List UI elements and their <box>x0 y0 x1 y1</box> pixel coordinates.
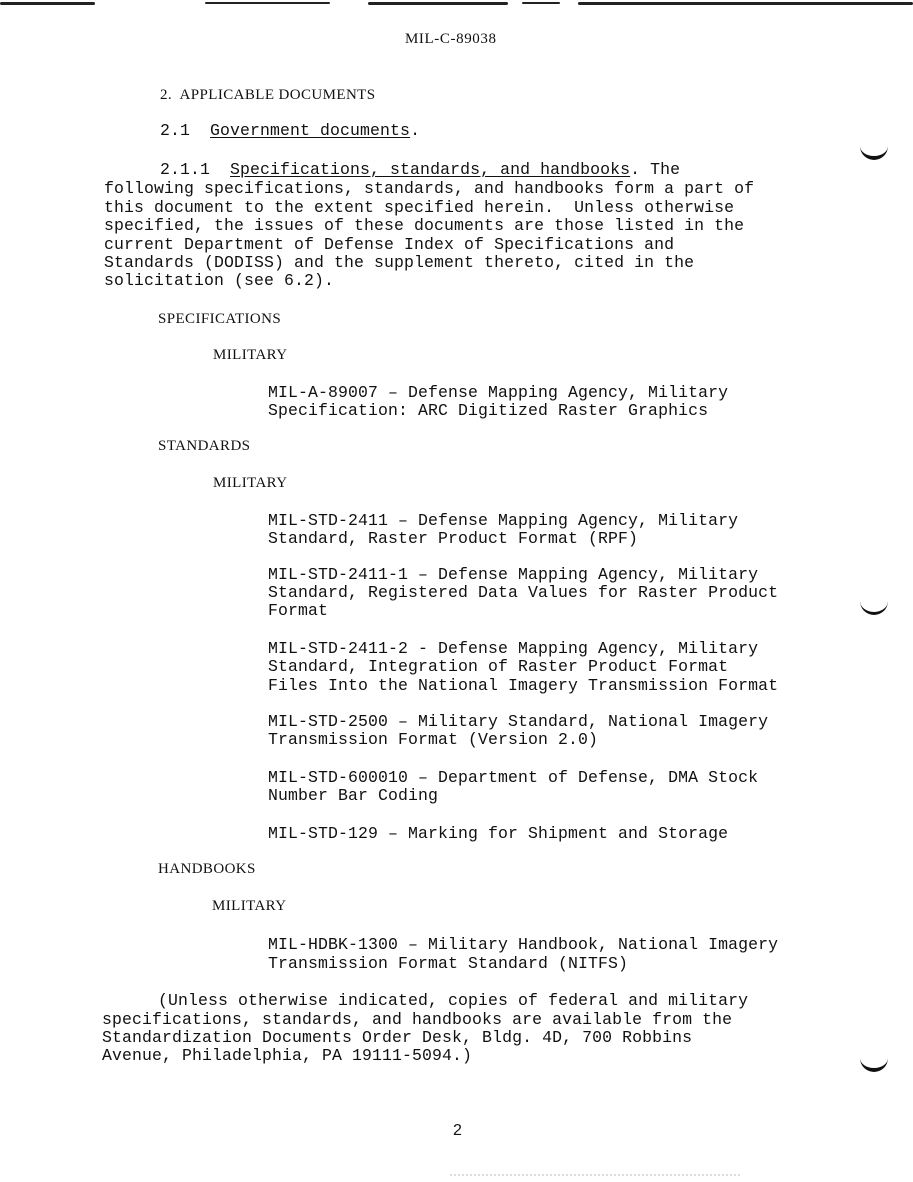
reference-line: MIL-STD-2411 – Defense Mapping Agency, M… <box>268 512 738 531</box>
note-line: Avenue, Philadelphia, PA 19111-5094.) <box>102 1047 472 1066</box>
note-line: specifications, standards, and handbooks… <box>102 1011 732 1030</box>
page-number: 2 <box>453 1122 462 1141</box>
reference-line: Standard, Registered Data Values for Ras… <box>268 584 778 603</box>
reference-line: MIL-HDBK-1300 – Military Handbook, Natio… <box>268 936 778 955</box>
note-line: Standardization Documents Order Desk, Bl… <box>102 1029 692 1048</box>
paragraph-line: this document to the extent specified he… <box>104 199 734 218</box>
paragraph-line: solicitation (see 6.2). <box>104 272 334 291</box>
group-heading-handbooks: HANDBOOKS <box>158 860 256 879</box>
paragraph-line: following specifications, standards, and… <box>104 180 754 199</box>
group-heading-standards: STANDARDS <box>158 437 250 456</box>
subsection-trail: . <box>410 121 420 140</box>
reference-line: Transmission Format Standard (NITFS) <box>268 955 628 974</box>
reference-line: MIL-STD-2500 – Military Standard, Nation… <box>268 713 768 732</box>
reference-line: MIL-STD-600010 – Department of Defense, … <box>268 769 758 788</box>
paragraph-line: current Department of Defense Index of S… <box>104 236 674 255</box>
paragraph-line: specified, the issues of these documents… <box>104 217 744 236</box>
scan-artifact-line <box>578 2 913 5</box>
section-title: APPLICABLE DOCUMENTS <box>180 87 376 103</box>
scan-artifact-line <box>368 2 508 5</box>
scan-artifact-footer <box>450 1174 740 1179</box>
reference-line: MIL-A-89007 – Defense Mapping Agency, Mi… <box>268 384 728 403</box>
paragraph-line: . The <box>630 160 680 179</box>
section-heading: 2. APPLICABLE DOCUMENTS <box>160 86 375 105</box>
subsection-title: Government documents <box>210 121 410 140</box>
scan-artifact-line <box>0 2 95 5</box>
group-subheading-military: MILITARY <box>213 346 288 365</box>
change-mark-icon <box>860 598 888 615</box>
subsubsection-first-line: 2.1.1 Specifications, standards, and han… <box>160 161 680 180</box>
reference-line: Transmission Format (Version 2.0) <box>268 731 598 750</box>
reference-line: Format <box>268 602 328 621</box>
document-id-header: MIL-C-89038 <box>405 30 497 49</box>
group-subheading-military: MILITARY <box>212 897 287 916</box>
subsection-heading: 2.1 Government documents. <box>160 122 420 141</box>
scan-artifact-line <box>205 2 330 4</box>
reference-line: MIL-STD-2411-1 – Defense Mapping Agency,… <box>268 566 758 585</box>
subsubsection-title: Specifications, standards, and handbooks <box>230 160 630 179</box>
subsection-number: 2.1 <box>160 121 190 140</box>
reference-line: Number Bar Coding <box>268 787 438 806</box>
note-line: (Unless otherwise indicated, copies of f… <box>158 992 748 1011</box>
reference-line: Standard, Integration of Raster Product … <box>268 658 728 677</box>
reference-line: Specification: ARC Digitized Raster Grap… <box>268 402 708 421</box>
change-mark-icon <box>860 1054 888 1072</box>
group-subheading-military: MILITARY <box>213 474 288 493</box>
reference-line: MIL-STD-129 – Marking for Shipment and S… <box>268 825 728 844</box>
reference-line: Standard, Raster Product Format (RPF) <box>268 530 638 549</box>
paragraph-line: Standards (DODISS) and the supplement th… <box>104 254 694 273</box>
reference-line: Files Into the National Imagery Transmis… <box>268 677 778 696</box>
group-heading-specifications: SPECIFICATIONS <box>158 310 281 329</box>
section-number: 2. <box>160 87 172 103</box>
change-mark-icon <box>860 142 888 160</box>
scan-artifact-line <box>522 2 560 4</box>
subsubsection-number: 2.1.1 <box>160 160 210 179</box>
reference-line: MIL-STD-2411-2 - Defense Mapping Agency,… <box>268 640 758 659</box>
